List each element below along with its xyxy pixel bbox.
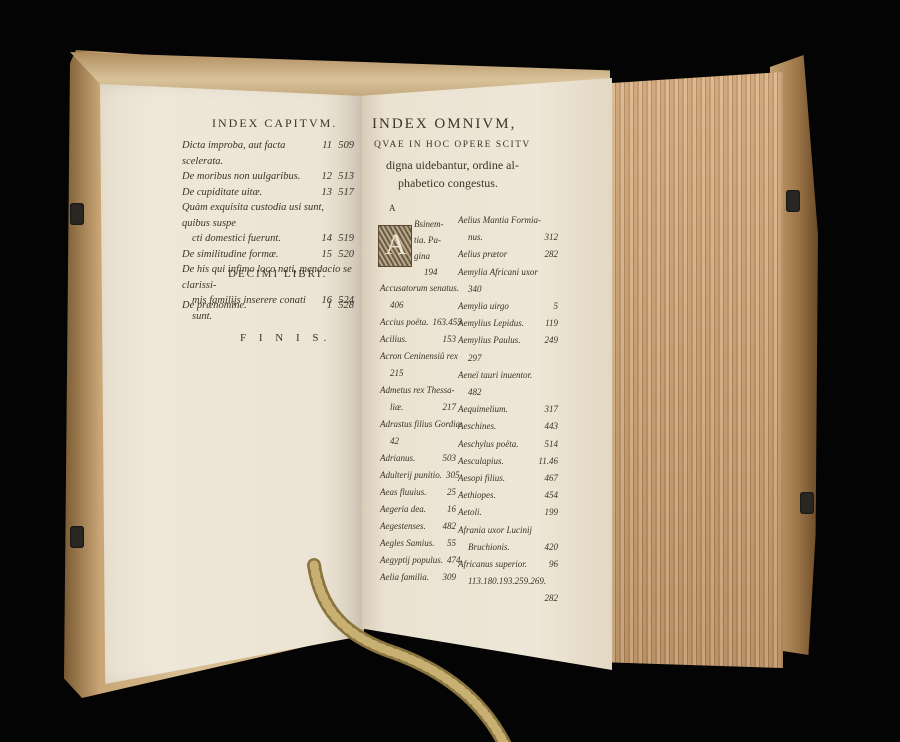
index-entry: Adrianus.503	[380, 450, 456, 467]
index-entry: Accusatorum senatus.	[380, 280, 456, 297]
index-entry: Bsinem-	[414, 216, 454, 232]
index-entry: Adrastus filius Gordiæ	[380, 416, 456, 433]
final-entry: De prænomine.1528	[182, 298, 354, 314]
toc-entry: De similitudine formæ.15520	[182, 247, 354, 263]
index-entry: Acilius.153	[380, 331, 456, 348]
right-page-subheading: QVAE IN HOC OPERE SCITV	[374, 140, 531, 150]
clasp-icon	[800, 492, 814, 514]
index-column-1-head: Bsinem- tia. Pa- gina 194	[414, 216, 454, 280]
index-entry: Aetoli.199	[458, 504, 558, 521]
toc-entry: Dicta improba, aut facta scelerata.11509	[182, 138, 354, 169]
index-entry: 482	[458, 384, 558, 401]
index-entry: 215	[380, 365, 456, 382]
index-entry: Aesculapius.11.46	[458, 453, 558, 470]
finis-text: F I N I S.	[240, 332, 331, 344]
toc-entry-continuation: cti domestici fuerunt.14519	[182, 231, 354, 247]
left-page-subheading: DECIMI LIBRI.	[228, 268, 327, 280]
index-entry: Admetus rex Thessa-	[380, 382, 456, 399]
clasp-icon	[786, 190, 800, 212]
index-entry: 340	[458, 281, 558, 298]
left-page-heading: INDEX CAPITVM.	[212, 116, 337, 131]
index-entry: Aegeria dea.16	[380, 501, 456, 518]
index-entry: Aemylia uirgo5	[458, 298, 558, 315]
section-letter: A	[389, 203, 398, 213]
index-entry: Aemylia Africani uxor	[458, 264, 558, 281]
index-entry: Acron Ceninensiû rex	[380, 348, 456, 365]
index-entry: gina	[414, 248, 454, 264]
index-entry: Aeschylus poëta.514	[458, 436, 558, 453]
index-entry: 297	[458, 350, 558, 367]
clasp-icon	[70, 526, 84, 548]
index-entry: 42	[380, 433, 456, 450]
index-entry: Aethiopes.454	[458, 487, 558, 504]
page-block-fore-edge	[598, 72, 783, 668]
index-entry: Aeschines.443	[458, 418, 558, 435]
index-entry: Accius poëta.163.455	[380, 314, 456, 331]
index-entry: tia. Pa-	[414, 232, 454, 248]
right-page-heading-line3: digna uidebantur, ordine al-	[386, 158, 519, 173]
brass-stand-icon	[300, 545, 540, 742]
index-entry: Adulterij punitio.305	[380, 467, 456, 484]
index-entry: 194	[414, 264, 454, 280]
toc-entry: De moribus non uulgaribus.12513	[182, 169, 354, 185]
toc-entry: Quàm exquisita custodia usi sunt, quibus…	[182, 200, 354, 231]
index-entry: nus.312	[458, 229, 558, 246]
clasp-icon	[70, 203, 84, 225]
index-entry: Afrania uxor Lucinij	[458, 522, 558, 539]
right-page-heading-line4: phabetico congestus.	[398, 176, 498, 191]
index-entry: Aelius prætor282	[458, 246, 558, 263]
index-entry: Aeas fluuius.25	[380, 484, 456, 501]
index-entry: Aequimelium.317	[458, 401, 558, 418]
right-page-heading: INDEX OMNIVM,	[372, 116, 516, 133]
index-column-1: Accusatorum senatus. 406 Accius poëta.16…	[380, 280, 456, 586]
index-entry: Aemylius Paulus.249	[458, 332, 558, 349]
index-entry: liæ.217	[380, 399, 456, 416]
index-entry: Aemylius Lepidus.119	[458, 315, 558, 332]
photo-scene: INDEX CAPITVM. Dicta improba, aut facta …	[0, 0, 900, 742]
chapter-index: Dicta improba, aut facta scelerata.11509…	[182, 138, 354, 324]
index-entry: Aelius Mantia Formia-	[458, 212, 558, 229]
decorated-initial-icon: A	[378, 225, 412, 267]
index-entry: Aegestenses.482	[380, 518, 456, 535]
index-entry: 406	[380, 297, 456, 314]
index-entry: Aesopi filius.467	[458, 470, 558, 487]
toc-entry: De cupiditate uitæ.13517	[182, 185, 354, 201]
index-entry: Aeneï tauri inuentor.	[458, 367, 558, 384]
